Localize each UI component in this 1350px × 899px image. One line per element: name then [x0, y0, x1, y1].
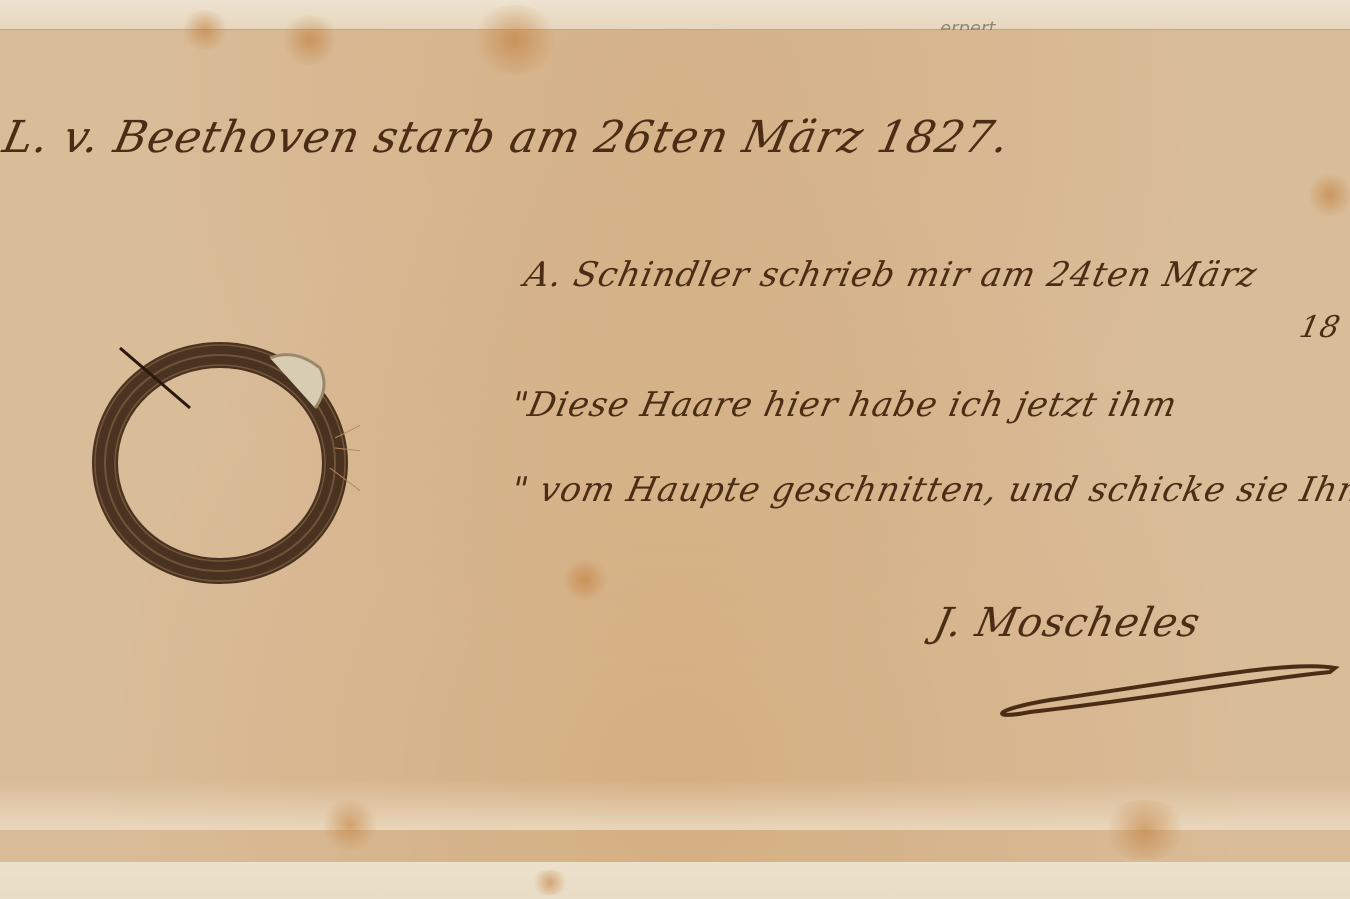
signature: J. Moscheles — [930, 600, 1205, 646]
signature-flourish — [990, 650, 1340, 720]
foxing-stain — [470, 5, 560, 75]
handwritten-line-quote-2: " vom Haupte geschnitten, und schicke si… — [508, 470, 1350, 510]
foxing-stain — [280, 15, 340, 65]
lock-of-hair-icon — [80, 338, 360, 588]
foxing-stain — [560, 560, 610, 600]
foxing-stain — [320, 800, 380, 850]
handwritten-line-death-date: L. v. Beethoven starb am 26ten März 1827… — [0, 112, 1014, 163]
foxing-stain — [530, 870, 570, 895]
handwritten-line-quote-1: "Diese Haare hier habe ich jetzt ihm — [508, 385, 1181, 425]
handwritten-line-year-fragment: 18 — [1296, 310, 1344, 345]
mount-bottom-border — [0, 862, 1350, 899]
foxing-stain — [180, 10, 230, 50]
foxing-stain — [1310, 170, 1350, 220]
handwritten-line-schindler: A. Schindler schrieb mir am 24ten März — [521, 255, 1261, 295]
foxing-stain — [1100, 800, 1190, 860]
